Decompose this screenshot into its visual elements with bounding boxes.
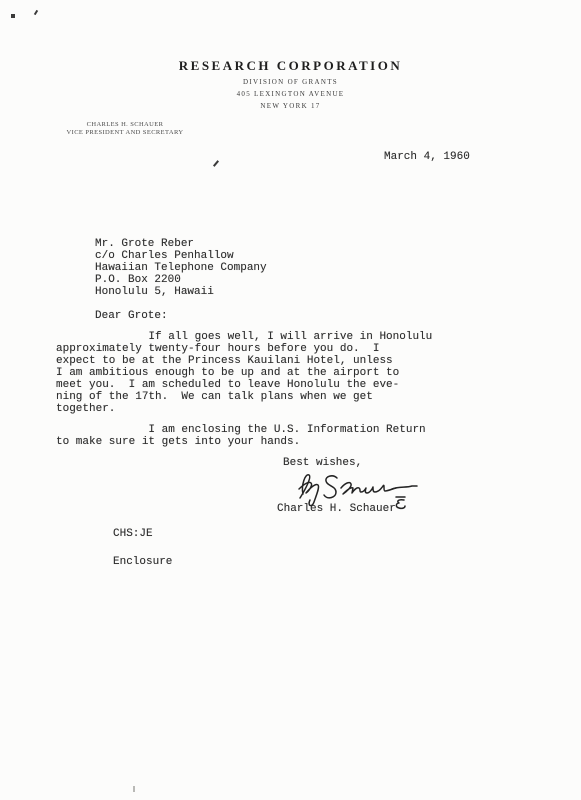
scan-artifact-dot [11,14,15,18]
street-line: 405 LEXINGTON AVENUE [0,90,581,98]
company-name: RESEARCH CORPORATION [0,58,581,74]
scan-artifact-tick [34,10,38,15]
salutation: Dear Grote: [95,310,168,322]
officer-block: CHARLES H. SCHAUER VICE PRESIDENT AND SE… [49,121,201,137]
recipient-address: Mr. Grote Reber c/o Charles Penhallow Ha… [95,238,267,298]
date-line: March 4, 1960 [384,151,470,163]
city-line: NEW YORK 17 [0,102,581,110]
letter-page: RESEARCH CORPORATION DIVISION OF GRANTS … [0,0,581,800]
letterhead: RESEARCH CORPORATION DIVISION OF GRANTS … [0,58,581,110]
scan-artifact-faint [133,786,135,792]
body-paragraph-2: I am enclosing the U.S. Information Retu… [56,424,426,448]
enclosure-note: Enclosure [113,556,172,568]
scan-artifact-comma [213,160,219,167]
typed-name: Charles H. Schauer [277,503,396,515]
body-paragraph-1: If all goes well, I will arrive in Honol… [56,331,432,415]
division-line: DIVISION OF GRANTS [0,78,581,86]
reference-initials: CHS:JE [113,528,153,540]
